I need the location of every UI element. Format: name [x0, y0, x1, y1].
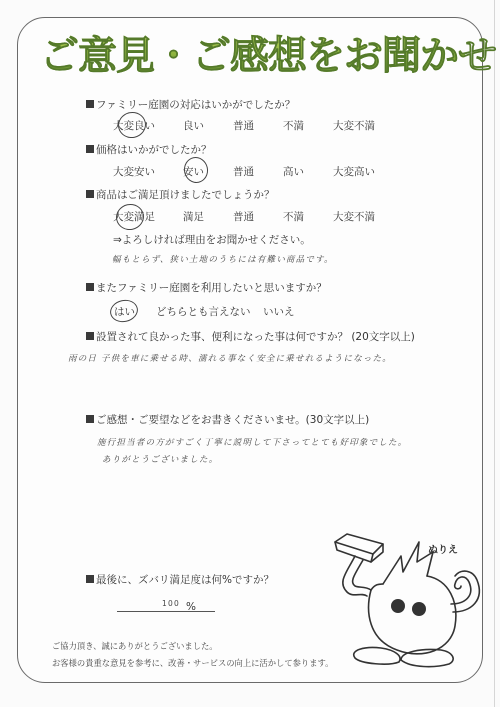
- question-reuse: またファミリー庭園を利用したいと思いますか？: [86, 280, 327, 295]
- question-comments: ご感想・ご要望などをお書きくださいませ。(30文字以上): [86, 412, 369, 427]
- option-normal[interactable]: 普通: [233, 118, 254, 133]
- page-edge-line: [494, 0, 495, 707]
- reason-prompt: ⇒よろしければ理由をお聞かせください。: [113, 232, 311, 247]
- option-very-cheap[interactable]: 大変安い: [113, 164, 155, 179]
- square-bullet-icon: [86, 575, 94, 583]
- handwritten-comment-line-2[interactable]: ありがとうございました。: [102, 453, 218, 465]
- question-product: 商品はご満足頂けましたでしょうか？: [86, 187, 275, 202]
- option-neither[interactable]: どちらとも言えない: [156, 304, 251, 319]
- square-bullet-icon: [86, 283, 94, 291]
- question-benefits: 設置されて良かった事、便利になった事は何ですか？ (20文字以上): [86, 329, 415, 344]
- question-label: またファミリー庭園を利用したいと思いますか？: [96, 282, 327, 294]
- question-satisfaction: 最後に、ズバリ満足度は何%ですか？: [86, 572, 274, 587]
- footer-message: お客様の貴重な意見を参考に、改善・サービスの向上に活かして参ります。: [52, 657, 333, 669]
- question-service: ファミリー庭園の対応はいかがでしたか？: [86, 97, 295, 112]
- option-dissatisfied[interactable]: 不満: [283, 209, 304, 224]
- question-label: 商品はご満足頂けましたでしょうか？: [96, 189, 275, 201]
- satisfaction-underline: [117, 611, 215, 612]
- option-no[interactable]: いいえ: [263, 304, 295, 319]
- option-good[interactable]: 良い: [183, 118, 204, 133]
- option-expensive[interactable]: 高い: [283, 164, 304, 179]
- footer-thanks: ご協力頂き、誠にありがとうございました。: [52, 640, 218, 652]
- handwritten-comment-line-1[interactable]: 施行担当者の方がすごく丁寧に説明して下さってとても好印象でした。: [97, 436, 407, 448]
- question-label: 設置されて良かった事、便利になった事は何ですか？ (20文字以上): [96, 331, 415, 343]
- handwritten-reason[interactable]: 幅もとらず、狭い土地のうちには有難い商品です。: [112, 253, 334, 265]
- option-normal[interactable]: 普通: [233, 164, 254, 179]
- question-label: ファミリー庭園の対応はいかがでしたか？: [96, 99, 295, 111]
- option-very-dissatisfied[interactable]: 大変不満: [333, 209, 375, 224]
- option-dissatisfied[interactable]: 不満: [283, 118, 304, 133]
- question-label: 価格はいかがでしたか？: [96, 144, 212, 156]
- option-very-dissatisfied[interactable]: 大変不満: [333, 118, 375, 133]
- option-normal[interactable]: 普通: [233, 209, 254, 224]
- square-bullet-icon: [86, 415, 94, 423]
- option-very-expensive[interactable]: 大変高い: [333, 164, 375, 179]
- onion-mascot-coloring-icon: [325, 532, 490, 672]
- square-bullet-icon: [86, 100, 94, 108]
- handwritten-benefits[interactable]: 雨の日 子供を車に乗せる時、濡れる事なく安全に乗せれるようになった。: [68, 352, 392, 364]
- page-title: ご意見・ご感想をお聞かせください: [40, 33, 465, 81]
- square-bullet-icon: [86, 332, 94, 340]
- question-price: 価格はいかがでしたか？: [86, 142, 212, 157]
- option-satisfied[interactable]: 満足: [183, 209, 204, 224]
- question-label: ご感想・ご要望などをお書きくださいませ。(30文字以上): [96, 414, 369, 426]
- square-bullet-icon: [86, 145, 94, 153]
- square-bullet-icon: [86, 190, 94, 198]
- question-label: 最後に、ズバリ満足度は何%ですか？: [96, 574, 274, 586]
- satisfaction-value[interactable]: 100: [162, 599, 180, 608]
